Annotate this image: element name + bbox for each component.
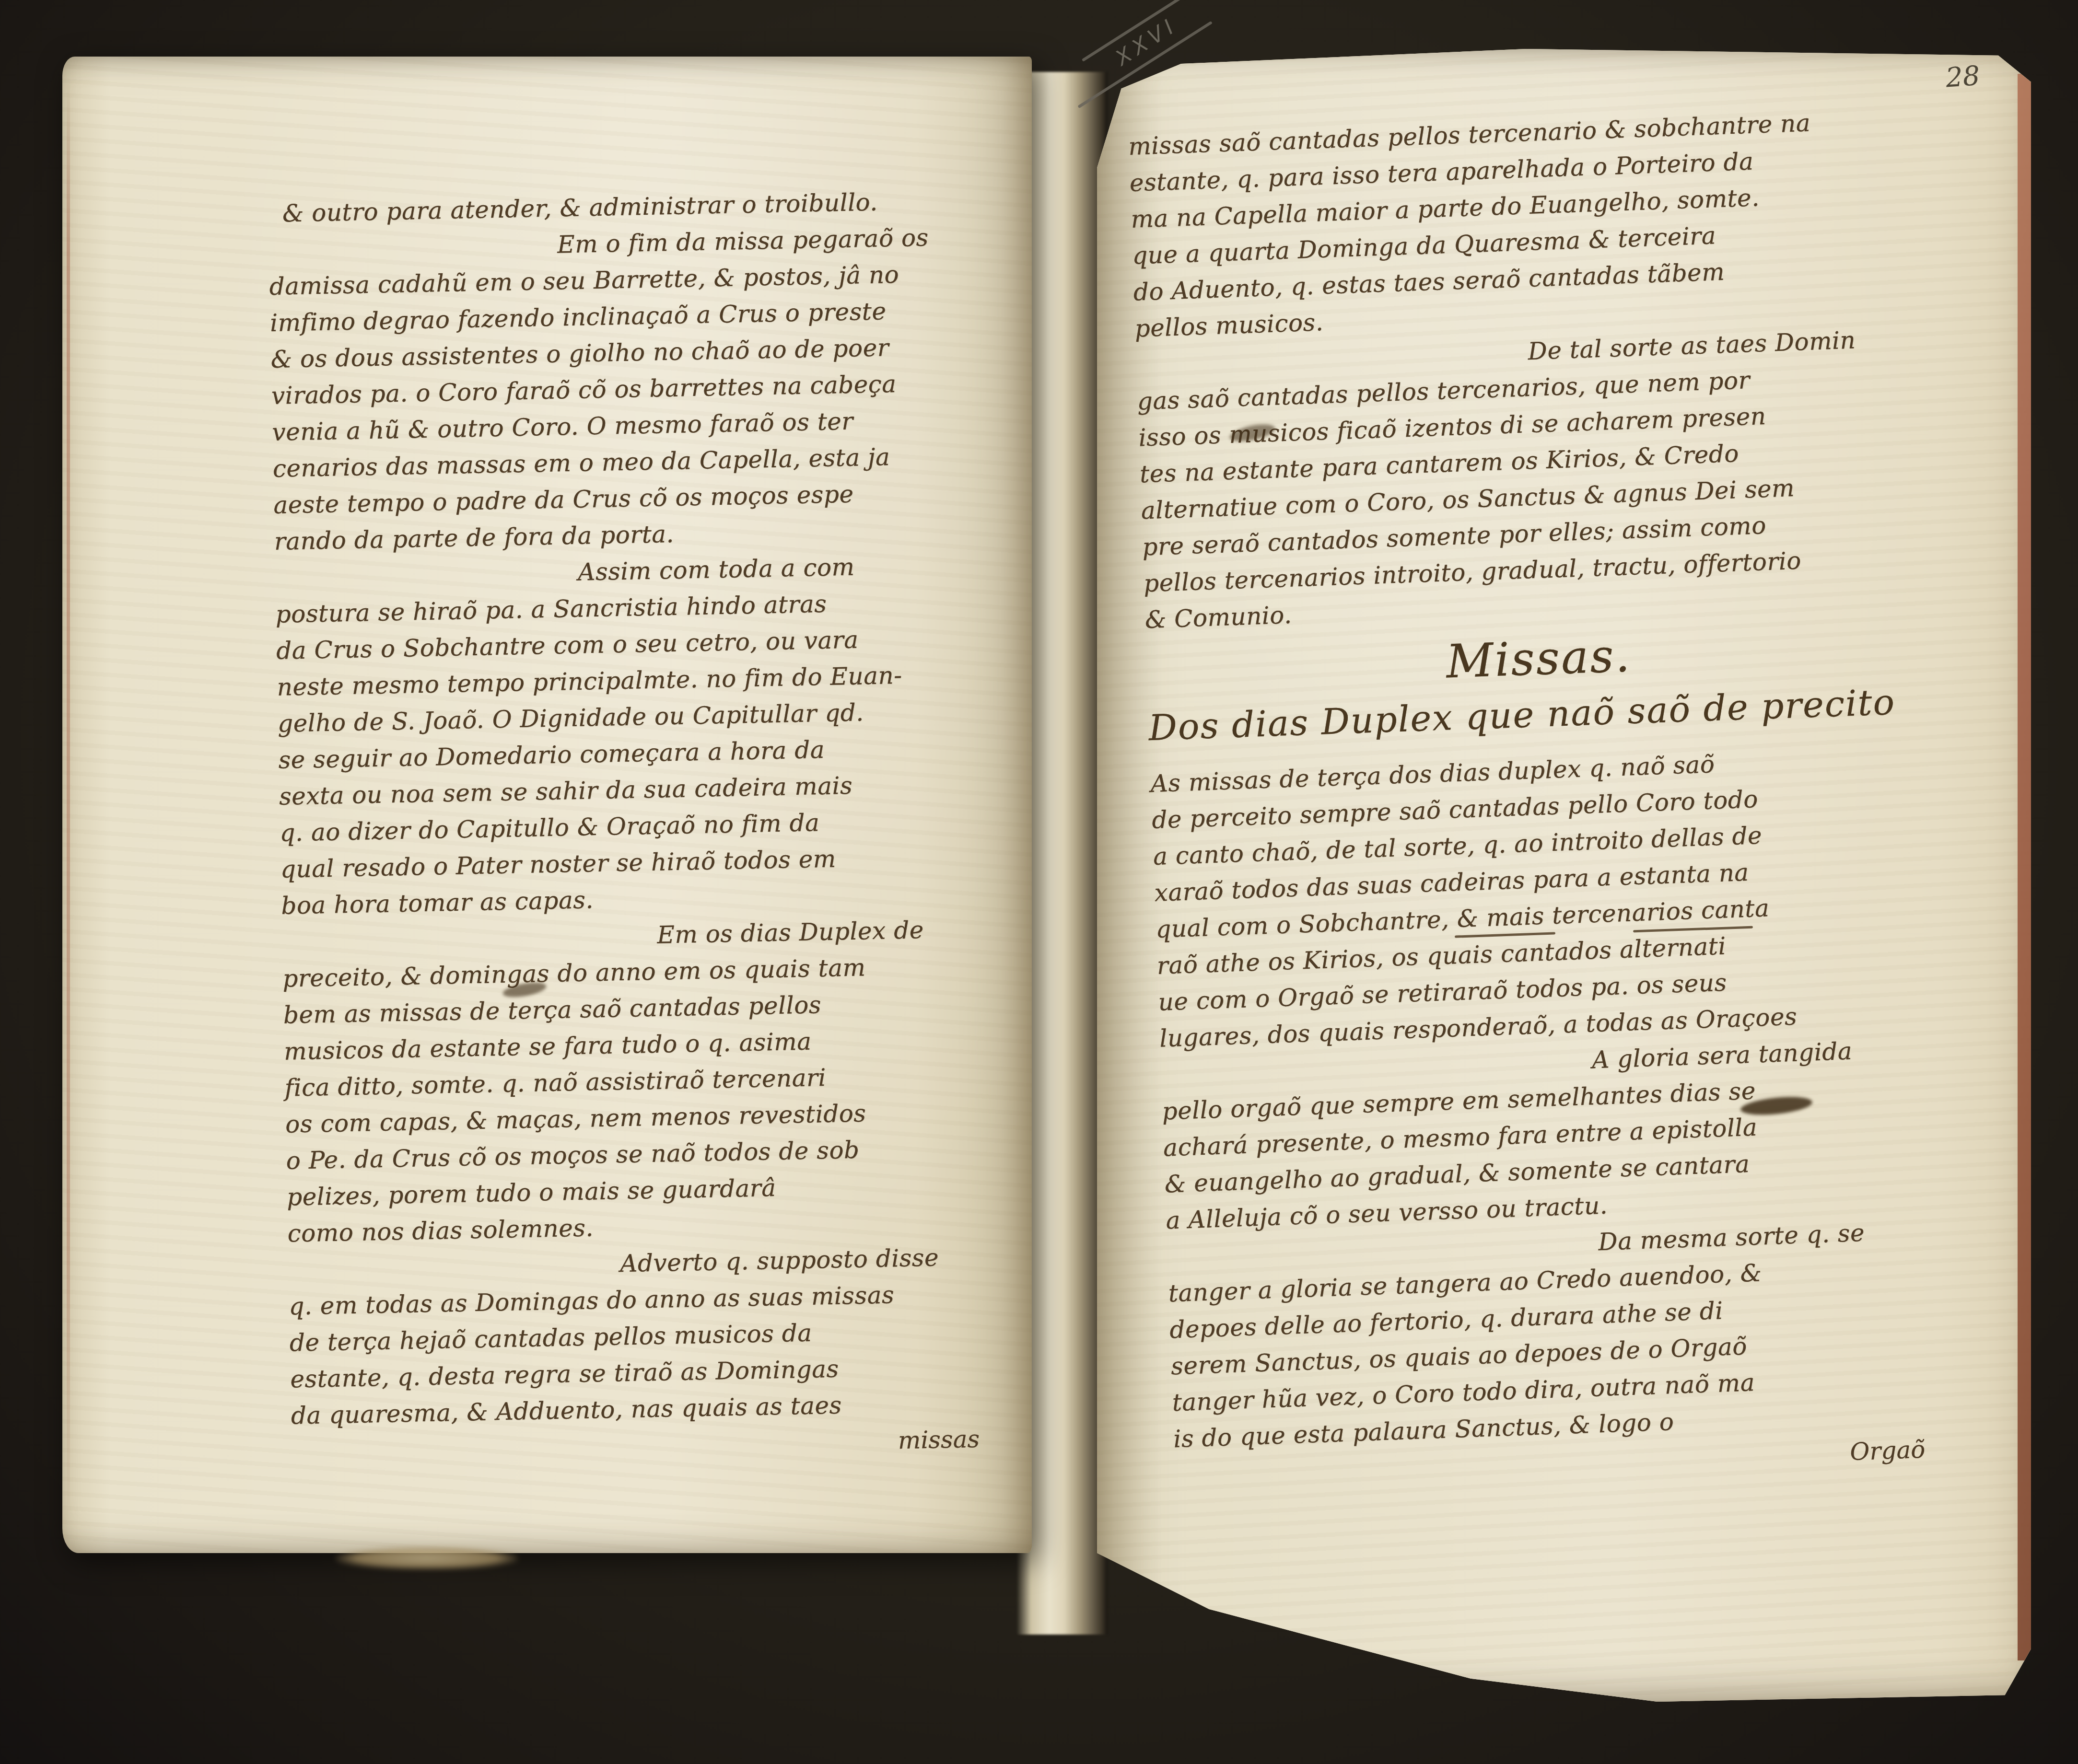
right-page-lines-bottom: As missas de terça dos dias duplex q. na…: [1150, 738, 1958, 1457]
page-stack-edge: [336, 1547, 518, 1569]
folio-number: 28: [1945, 60, 1981, 94]
left-page-lines: & outro para atender, & administrar o tr…: [268, 182, 1013, 1434]
manuscript-line: Em os dias Duplex de: [657, 910, 1004, 953]
right-page-text: missas saõ cantadas pellos tercenario & …: [1128, 101, 1959, 1494]
manuscript-photo: XXVI 28 & outro para atender, & administ…: [0, 0, 2078, 1764]
left-page-text: & outro para atender, & administrar o tr…: [268, 182, 1014, 1470]
right-page-lines-top: missas saõ cantadas pellos tercenario & …: [1128, 101, 1929, 638]
